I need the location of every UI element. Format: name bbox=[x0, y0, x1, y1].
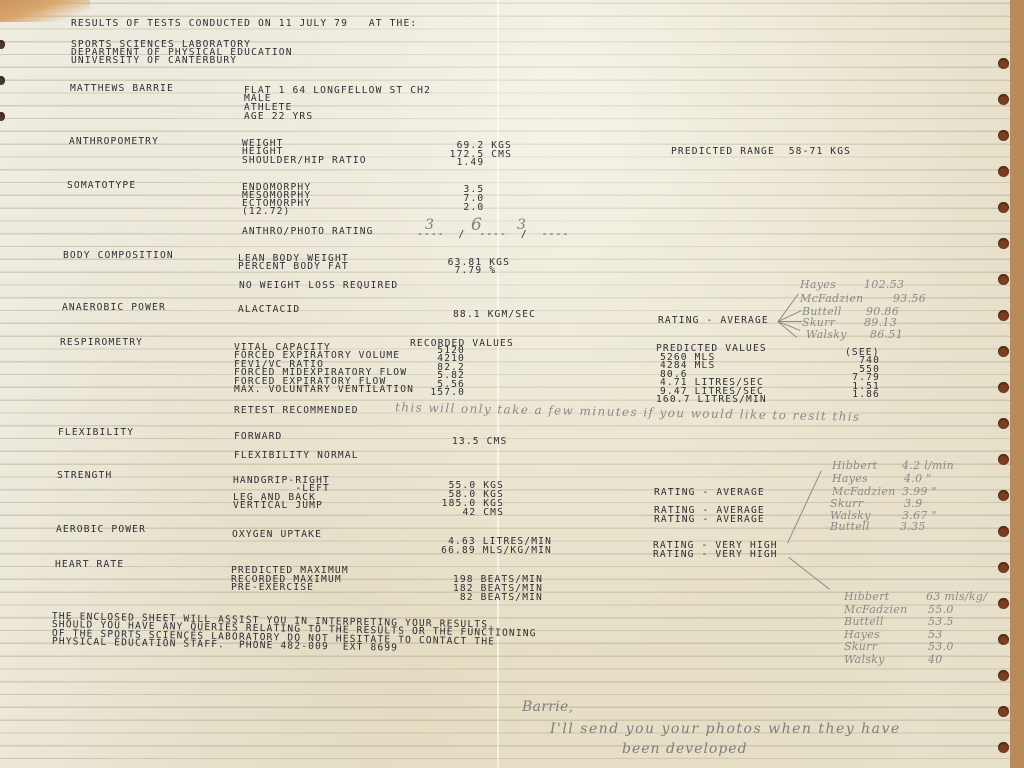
hw-letter-greeting: Barrie, bbox=[522, 699, 573, 715]
item-mvv: MAX. VOLUNTARY VENTILATION bbox=[234, 385, 414, 395]
value-vertical-jump: 42 CMS bbox=[400, 508, 504, 518]
subject-address: FLAT 1 64 LONGFELLOW ST CH2 bbox=[244, 86, 431, 96]
value-shoulder-hip: 1.49 bbox=[400, 158, 512, 168]
hw-letter-body-2: been developed bbox=[622, 741, 748, 757]
item-shoulder-hip: SHOULDER/HIP RATIO bbox=[242, 156, 367, 166]
section-strength: STRENGTH bbox=[57, 471, 112, 481]
printout-sheet: RESULTS OF TESTS CONDUCTED ON 11 JULY 79… bbox=[0, 0, 1010, 768]
section-anaerobic-power: ANAEROBIC POWER bbox=[62, 303, 166, 313]
hw-oxygen-mls-value: 53.5 bbox=[928, 615, 954, 628]
anthro-photo-rating-blanks: ---- / ---- / ---- bbox=[417, 230, 569, 240]
handwritten-retest-note: this will only take a few minutes if you… bbox=[395, 400, 861, 424]
item-alactacid: ALACTACID bbox=[238, 305, 300, 315]
item-somatotype-index: (12.72) bbox=[242, 207, 290, 217]
hw-oxygen-mls-value: 53.0 bbox=[928, 640, 954, 653]
handwritten-rating-endo: 3 bbox=[425, 217, 434, 233]
bracket-line bbox=[777, 321, 797, 338]
section-aerobic-power: AEROBIC POWER bbox=[56, 525, 146, 535]
hw-oxygen-name: Buttell bbox=[830, 520, 870, 533]
see-fef: 1.86 bbox=[820, 390, 880, 400]
hw-oxygen-mls-value: 40 bbox=[928, 653, 943, 666]
rating-oxygen-mls: RATING - VERY HIGH bbox=[653, 550, 778, 560]
rating-anaerobic: RATING - AVERAGE bbox=[658, 316, 769, 326]
bracket-line bbox=[788, 557, 830, 590]
value-ectomorphy: 2.0 bbox=[400, 203, 512, 213]
hw-oxygen-mls-name: Buttell bbox=[844, 615, 884, 628]
hw-anaerobic-value: 93.56 bbox=[893, 292, 926, 305]
hw-oxygen-value: 4.2 l/min bbox=[902, 459, 954, 472]
predicted-weight-range: PREDICTED RANGE 58-71 KGS bbox=[671, 147, 851, 157]
item-pre-exercise-hr: PRE-EXERCISE bbox=[231, 583, 314, 593]
section-anthropometry: ANTHROPOMETRY bbox=[69, 137, 159, 147]
hw-anaerobic-name: McFadzien bbox=[800, 292, 864, 305]
retest-recommended: RETEST RECOMMENDED bbox=[234, 406, 359, 416]
hw-oxygen-name: Hayes bbox=[832, 472, 868, 485]
bracket-line bbox=[778, 293, 799, 321]
hw-oxygen-mls-name: Skurr bbox=[844, 640, 877, 653]
hw-oxygen-name: Hibbert bbox=[832, 459, 877, 472]
anthro-photo-rating-label: ANTHRO/PHOTO RATING bbox=[242, 227, 374, 237]
hw-oxygen-value: 3.35 bbox=[900, 520, 926, 533]
section-body-composition: BODY COMPOSITION bbox=[63, 251, 174, 261]
section-somatotype: SOMATOTYPE bbox=[67, 181, 136, 191]
handwritten-rating-meso: 6 bbox=[471, 215, 482, 235]
handwritten-rating-ecto: 3 bbox=[517, 217, 526, 233]
hw-letter-body-1: I'll send you your photos when they have bbox=[550, 721, 901, 737]
item-forward-flex: FORWARD bbox=[234, 432, 282, 442]
subject-name: MATTHEWS BARRIE bbox=[70, 84, 174, 94]
rating-vertical-jump: RATING - AVERAGE bbox=[654, 515, 765, 525]
section-flexibility: FLEXIBILITY bbox=[58, 428, 134, 438]
value-pre-exercise-hr: 82 BEATS/MIN bbox=[400, 593, 543, 603]
item-percent-body-fat: PERCENT BODY FAT bbox=[238, 262, 349, 272]
value-percent-body-fat: 7.79 % bbox=[390, 266, 510, 276]
subject-age: AGE 22 YRS bbox=[244, 112, 313, 122]
hw-anaerobic-value: 86.51 bbox=[870, 328, 903, 341]
section-respirometry: RESPIROMETRY bbox=[60, 338, 143, 348]
hw-anaerobic-name: Walsky bbox=[806, 328, 847, 341]
weight-loss-note: NO WEIGHT LOSS REQUIRED bbox=[239, 281, 398, 291]
hw-oxygen-mls-value: 63 mls/kg/ bbox=[926, 590, 987, 603]
institution-line-3: UNIVERSITY OF CANTERBURY bbox=[71, 56, 237, 66]
value-oxygen-mls: 66.89 MLS/KG/MIN bbox=[400, 546, 552, 556]
section-heart-rate: HEART RATE bbox=[55, 560, 124, 570]
report-title: RESULTS OF TESTS CONDUCTED ON 11 JULY 79… bbox=[71, 19, 417, 29]
predicted-mvv: 160.7 LITRES/MIN bbox=[656, 395, 767, 405]
flexibility-normal-note: FLEXIBILITY NORMAL bbox=[234, 451, 359, 461]
item-vertical-jump: VERTICAL JUMP bbox=[233, 501, 323, 511]
hw-oxygen-value: 4.0 " bbox=[904, 472, 932, 485]
recorded-mvv: 157.0 bbox=[400, 388, 465, 398]
hw-anaerobic-value: 102.53 bbox=[864, 278, 904, 291]
paper-fold bbox=[497, 0, 499, 768]
value-forward-flex: 13.5 CMS bbox=[452, 437, 507, 447]
hw-anaerobic-name: Hayes bbox=[800, 278, 836, 291]
hw-oxygen-mls-name: Hibbert bbox=[844, 590, 889, 603]
hw-oxygen-mls-name: Walsky bbox=[844, 653, 885, 666]
bracket-line bbox=[787, 470, 822, 543]
item-oxygen-uptake: OXYGEN UPTAKE bbox=[232, 530, 322, 540]
value-alactacid: 88.1 KGM/SEC bbox=[453, 310, 536, 320]
rating-handgrip: RATING - AVERAGE bbox=[654, 488, 765, 498]
